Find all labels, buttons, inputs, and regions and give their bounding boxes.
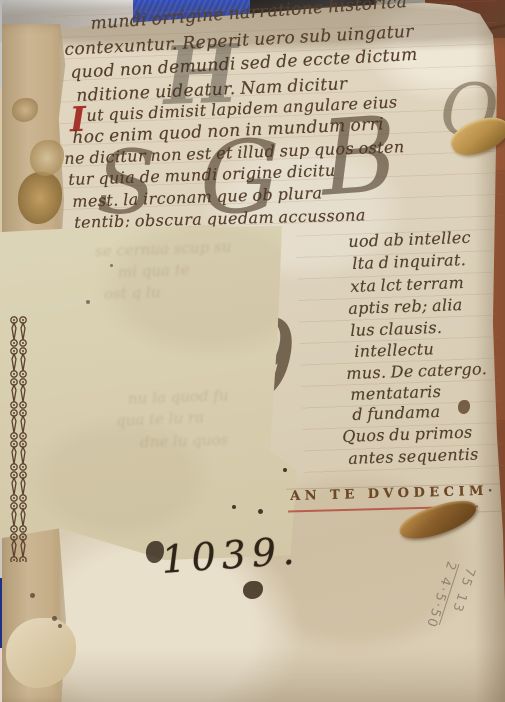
ink-dot (258, 509, 263, 514)
ink-dot (283, 468, 287, 472)
showthrough-line: dne lu quos (140, 430, 229, 451)
showthrough-line: qua te lu ra (116, 408, 205, 429)
text-line: xta lct terram (350, 273, 464, 296)
ghost-capital-letter: H (162, 41, 240, 108)
text-line: lus clausis. (350, 318, 442, 340)
text-line: aptis reb; alia (348, 295, 463, 318)
showthrough-line: nu la quod fu (128, 386, 229, 407)
wormhole (110, 264, 113, 267)
text-line: lta d inquirat. (352, 250, 466, 273)
flourish-letter: B (318, 113, 400, 201)
ornament-strip (9, 316, 29, 562)
ink-dot (232, 505, 236, 509)
wormhole (58, 624, 62, 628)
flourish-letter: S (96, 148, 156, 218)
wormhole (30, 593, 35, 598)
text-line: intellectu (354, 339, 434, 361)
flourish-letter: G (200, 138, 280, 218)
showthrough-line: ost q lu (104, 283, 161, 303)
wormhole (86, 300, 90, 304)
text-line: mentataris (350, 382, 441, 404)
manuscript-photo: mundi orrigine narratione historica cont… (0, 0, 505, 702)
showthrough-line: mi qua te (118, 261, 190, 281)
text-line: d fundama (352, 402, 441, 424)
wormhole (52, 616, 57, 621)
